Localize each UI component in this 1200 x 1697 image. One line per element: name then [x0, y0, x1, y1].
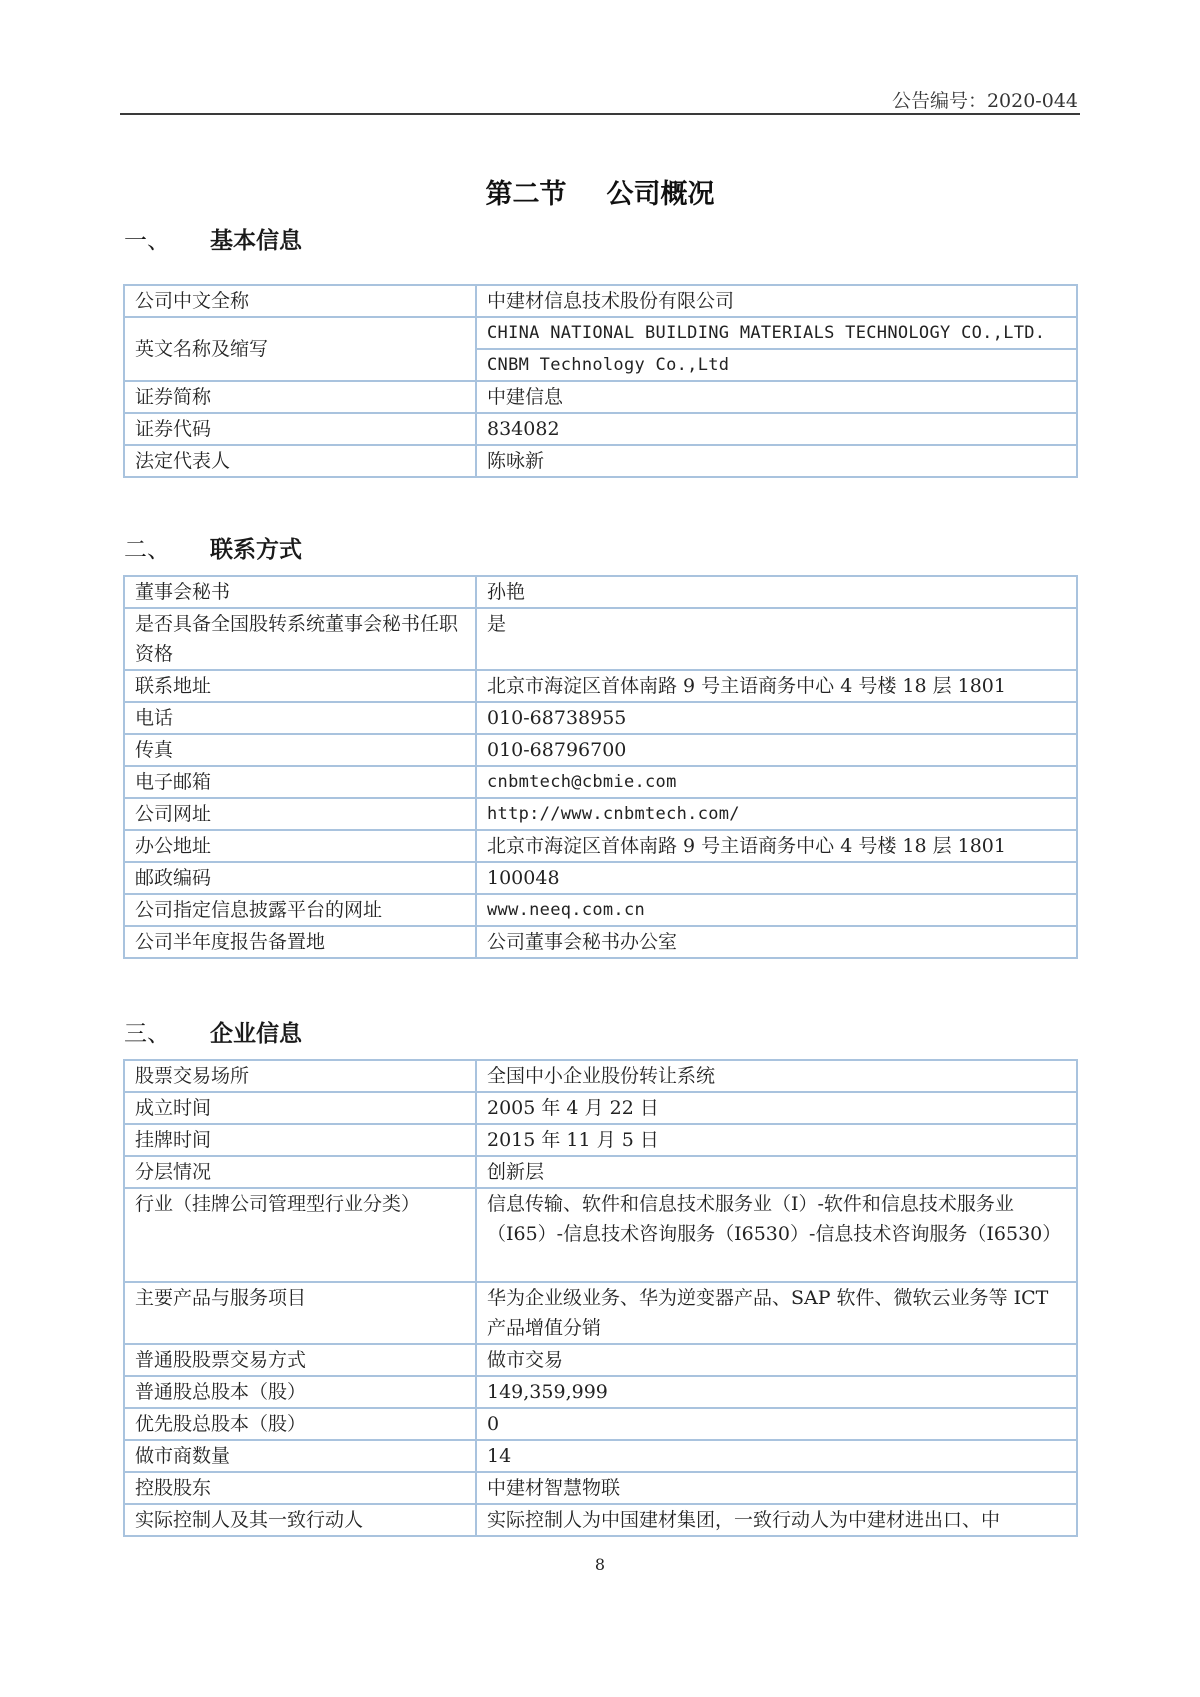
- row-label: 公司指定信息披露平台的网址: [124, 894, 476, 926]
- row-value: 是: [476, 608, 1077, 670]
- row-label: 董事会秘书: [124, 576, 476, 608]
- website-link[interactable]: http://www.cnbmtech.com/: [476, 798, 1077, 830]
- row-label: 实际控制人及其一致行动人: [124, 1504, 476, 1536]
- row-value: 834082: [476, 413, 1077, 445]
- table-row: 做市商数量 14: [124, 1440, 1077, 1472]
- row-label: 证券代码: [124, 413, 476, 445]
- section-heading-enterprise: 三、企业信息: [124, 1015, 302, 1048]
- row-value: 公司董事会秘书办公室: [476, 926, 1077, 958]
- row-value: 陈咏新: [476, 445, 1077, 477]
- row-value-english-abbr: CNBM Technology Co.,Ltd: [476, 349, 1077, 381]
- row-label: 联系地址: [124, 670, 476, 702]
- chapter-title: 第二节公司概况: [0, 172, 1200, 211]
- table-row: 证券简称 中建信息: [124, 381, 1077, 413]
- row-label: 成立时间: [124, 1092, 476, 1124]
- row-label: 做市商数量: [124, 1440, 476, 1472]
- section-title: 联系方式: [210, 537, 302, 563]
- header-divider: [120, 113, 1080, 115]
- table-row: 挂牌时间 2015 年 11 月 5 日: [124, 1124, 1077, 1156]
- row-value-english-name: CHINA NATIONAL BUILDING MATERIALS TECHNO…: [476, 317, 1077, 349]
- chapter-number: 第二节: [486, 179, 567, 210]
- table-row: 证券代码 834082: [124, 413, 1077, 445]
- section-number: 一、: [124, 222, 210, 255]
- row-value: 010-68738955: [476, 702, 1077, 734]
- row-label: 证券简称: [124, 381, 476, 413]
- row-label: 公司网址: [124, 798, 476, 830]
- row-label: 公司中文全称: [124, 285, 476, 317]
- row-value: 0: [476, 1408, 1077, 1440]
- row-value: 孙艳: [476, 576, 1077, 608]
- row-value: 010-68796700: [476, 734, 1077, 766]
- chapter-name: 公司概况: [607, 179, 715, 210]
- table-row: 优先股总股本（股） 0: [124, 1408, 1077, 1440]
- table-row: 公司网址 http://www.cnbmtech.com/: [124, 798, 1077, 830]
- row-label: 是否具备全国股转系统董事会秘书任职资格: [124, 608, 476, 670]
- row-label: 普通股总股本（股）: [124, 1376, 476, 1408]
- table-row: 公司中文全称 中建材信息技术股份有限公司: [124, 285, 1077, 317]
- table-row: 电子邮箱 cnbmtech@cbmie.com: [124, 766, 1077, 798]
- row-label: 办公地址: [124, 830, 476, 862]
- section-heading-contact: 二、联系方式: [124, 531, 302, 564]
- row-value: 实际控制人为中国建材集团，一致行动人为中建材进出口、中: [476, 1504, 1077, 1536]
- row-label: 挂牌时间: [124, 1124, 476, 1156]
- enterprise-table: 股票交易场所 全国中小企业股份转让系统 成立时间 2005 年 4 月 22 日…: [123, 1059, 1078, 1537]
- row-label: 优先股总股本（股）: [124, 1408, 476, 1440]
- basic-info-table: 公司中文全称 中建材信息技术股份有限公司 英文名称及缩写 CHINA NATIO…: [123, 284, 1078, 478]
- section-title: 基本信息: [210, 228, 302, 254]
- table-row: 分层情况 创新层: [124, 1156, 1077, 1188]
- section-number: 二、: [124, 531, 210, 564]
- table-row: 普通股股票交易方式 做市交易: [124, 1344, 1077, 1376]
- table-row: 传真 010-68796700: [124, 734, 1077, 766]
- row-label: 法定代表人: [124, 445, 476, 477]
- table-row: 主要产品与服务项目 华为企业级业务、华为逆变器产品、SAP 软件、微软云业务等 …: [124, 1282, 1077, 1344]
- table-row: 董事会秘书 孙艳: [124, 576, 1077, 608]
- table-row: 法定代表人 陈咏新: [124, 445, 1077, 477]
- row-value: 100048: [476, 862, 1077, 894]
- section-title: 企业信息: [210, 1021, 302, 1047]
- row-value: 华为企业级业务、华为逆变器产品、SAP 软件、微软云业务等 ICT 产品增值分销: [476, 1282, 1077, 1344]
- table-row: 英文名称及缩写 CHINA NATIONAL BUILDING MATERIAL…: [124, 317, 1077, 349]
- row-value: 中建材信息技术股份有限公司: [476, 285, 1077, 317]
- table-row: 公司半年度报告备置地 公司董事会秘书办公室: [124, 926, 1077, 958]
- row-label: 电话: [124, 702, 476, 734]
- row-value: 创新层: [476, 1156, 1077, 1188]
- announcement-code: 公告编号：2020-044: [892, 86, 1078, 113]
- row-value: 2005 年 4 月 22 日: [476, 1092, 1077, 1124]
- row-value: 全国中小企业股份转让系统: [476, 1060, 1077, 1092]
- row-label: 英文名称及缩写: [124, 317, 476, 381]
- row-label: 主要产品与服务项目: [124, 1282, 476, 1344]
- row-label: 传真: [124, 734, 476, 766]
- row-value: 北京市海淀区首体南路 9 号主语商务中心 4 号楼 18 层 1801: [476, 670, 1077, 702]
- table-row: 办公地址 北京市海淀区首体南路 9 号主语商务中心 4 号楼 18 层 1801: [124, 830, 1077, 862]
- section-heading-basic-info: 一、基本信息: [124, 222, 302, 255]
- table-row: 联系地址 北京市海淀区首体南路 9 号主语商务中心 4 号楼 18 层 1801: [124, 670, 1077, 702]
- table-row: 电话 010-68738955: [124, 702, 1077, 734]
- disclosure-platform-link[interactable]: www.neeq.com.cn: [476, 894, 1077, 926]
- page-number: 8: [0, 1555, 1200, 1574]
- table-row: 实际控制人及其一致行动人 实际控制人为中国建材集团，一致行动人为中建材进出口、中: [124, 1504, 1077, 1536]
- row-value: 北京市海淀区首体南路 9 号主语商务中心 4 号楼 18 层 1801: [476, 830, 1077, 862]
- row-value: 信息传输、软件和信息技术服务业（I）-软件和信息技术服务业（I65）-信息技术咨…: [476, 1188, 1077, 1282]
- table-row: 普通股总股本（股） 149,359,999: [124, 1376, 1077, 1408]
- row-label: 普通股股票交易方式: [124, 1344, 476, 1376]
- row-value: 中建信息: [476, 381, 1077, 413]
- row-value: 14: [476, 1440, 1077, 1472]
- section-number: 三、: [124, 1015, 210, 1048]
- table-row: 成立时间 2005 年 4 月 22 日: [124, 1092, 1077, 1124]
- row-label: 公司半年度报告备置地: [124, 926, 476, 958]
- row-value: 149,359,999: [476, 1376, 1077, 1408]
- table-row: 公司指定信息披露平台的网址 www.neeq.com.cn: [124, 894, 1077, 926]
- table-row: 邮政编码 100048: [124, 862, 1077, 894]
- row-label: 分层情况: [124, 1156, 476, 1188]
- row-label: 股票交易场所: [124, 1060, 476, 1092]
- row-label: 邮政编码: [124, 862, 476, 894]
- table-row: 股票交易场所 全国中小企业股份转让系统: [124, 1060, 1077, 1092]
- table-row: 行业（挂牌公司管理型行业分类） 信息传输、软件和信息技术服务业（I）-软件和信息…: [124, 1188, 1077, 1282]
- contact-table: 董事会秘书 孙艳 是否具备全国股转系统董事会秘书任职资格 是 联系地址 北京市海…: [123, 575, 1078, 959]
- table-row: 是否具备全国股转系统董事会秘书任职资格 是: [124, 608, 1077, 670]
- row-value: 中建材智慧物联: [476, 1472, 1077, 1504]
- row-value: 2015 年 11 月 5 日: [476, 1124, 1077, 1156]
- row-label: 控股股东: [124, 1472, 476, 1504]
- table-row: 控股股东 中建材智慧物联: [124, 1472, 1077, 1504]
- row-label: 电子邮箱: [124, 766, 476, 798]
- email-link[interactable]: cnbmtech@cbmie.com: [476, 766, 1077, 798]
- row-value: 做市交易: [476, 1344, 1077, 1376]
- row-label: 行业（挂牌公司管理型行业分类）: [124, 1188, 476, 1282]
